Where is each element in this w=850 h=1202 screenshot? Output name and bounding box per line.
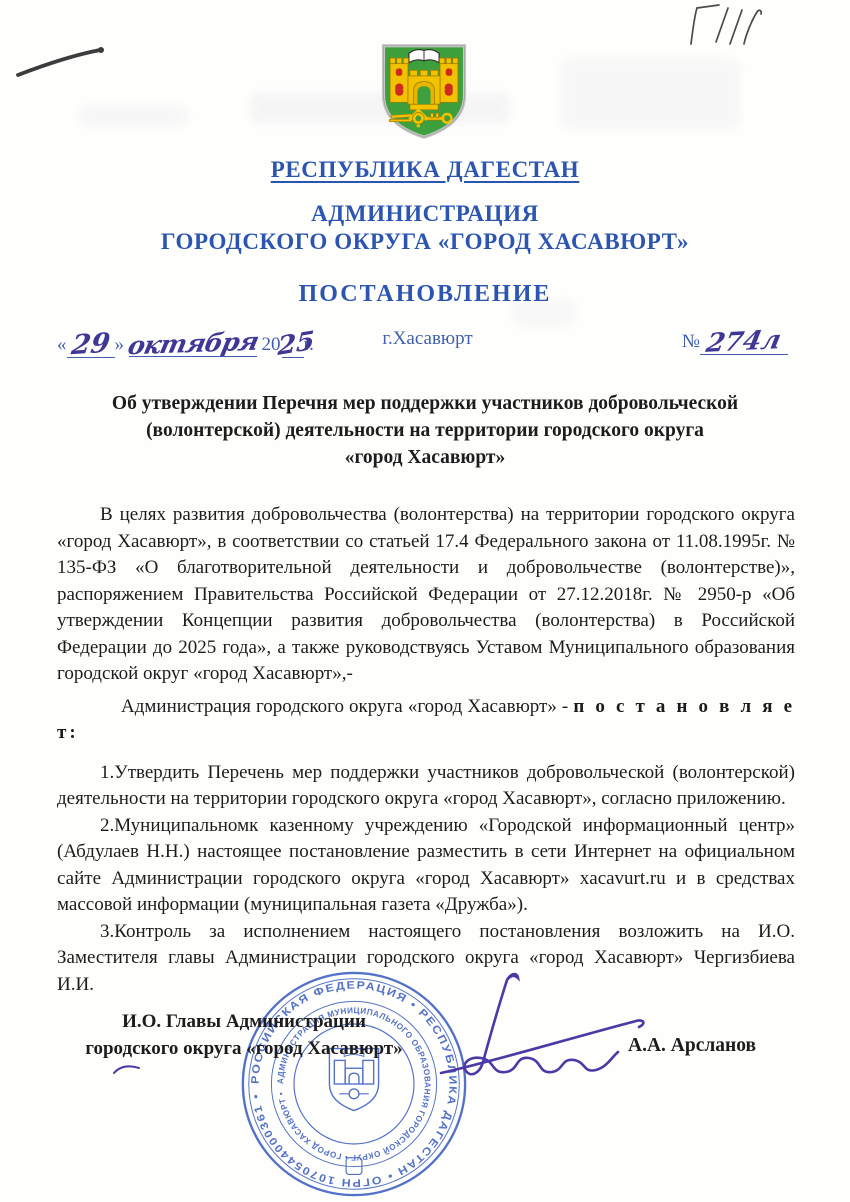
resolution-prefix: Администрация городского округа «город Х… — [121, 696, 573, 717]
resolution-item-1: 1.Утвердить Перечень мер поддержки участ… — [57, 760, 795, 813]
document-body: В целях развития добровольчества (волонт… — [57, 502, 795, 998]
administration-title-line1: АДМИНИСТРАЦИЯ — [0, 201, 850, 227]
number-label: № — [682, 331, 700, 352]
bleedthrough-artifact — [78, 106, 188, 126]
dateline: «29» октября 2025г. г.Хасавюрт №274л — [57, 318, 798, 360]
number-blank: 274л — [700, 324, 788, 355]
preamble-paragraph: В целях развития добровольчества (волонт… — [57, 502, 795, 688]
handwritten-number: 274л — [704, 325, 784, 359]
pen-stroke-mark — [14, 42, 114, 82]
ink-tick-mark — [112, 1062, 142, 1076]
document-title: Об утверждении Перечня мер поддержки уча… — [75, 390, 775, 471]
handwritten-signature — [410, 970, 650, 1110]
resolution-lead-line: Администрация городского округа «город Х… — [57, 694, 795, 747]
pen-scribble-mark — [686, 2, 776, 52]
republic-title: РЕСПУБЛИКА ДАГЕСТАН — [0, 157, 850, 183]
document-type-title: ПОСТАНОВЛЕНИЕ — [0, 281, 850, 308]
resolution-item-2: 2.Муниципальномк казенному учреждению «Г… — [57, 813, 795, 919]
document-page: РЕСПУБЛИКА ДАГЕСТАН АДМИНИСТРАЦИЯ ГОРОДС… — [0, 0, 850, 1202]
coat-of-arms-khasavyurt-icon — [376, 42, 472, 140]
bleedthrough-artifact — [560, 58, 740, 130]
signatory-position: И.О. Главы Администрации городского окру… — [58, 1008, 430, 1062]
administration-title-line2: ГОРОДСКОГО ОКРУГА «ГОРОД ХАСАВЮРТ» — [0, 229, 850, 255]
number-field: №274л — [682, 324, 788, 355]
